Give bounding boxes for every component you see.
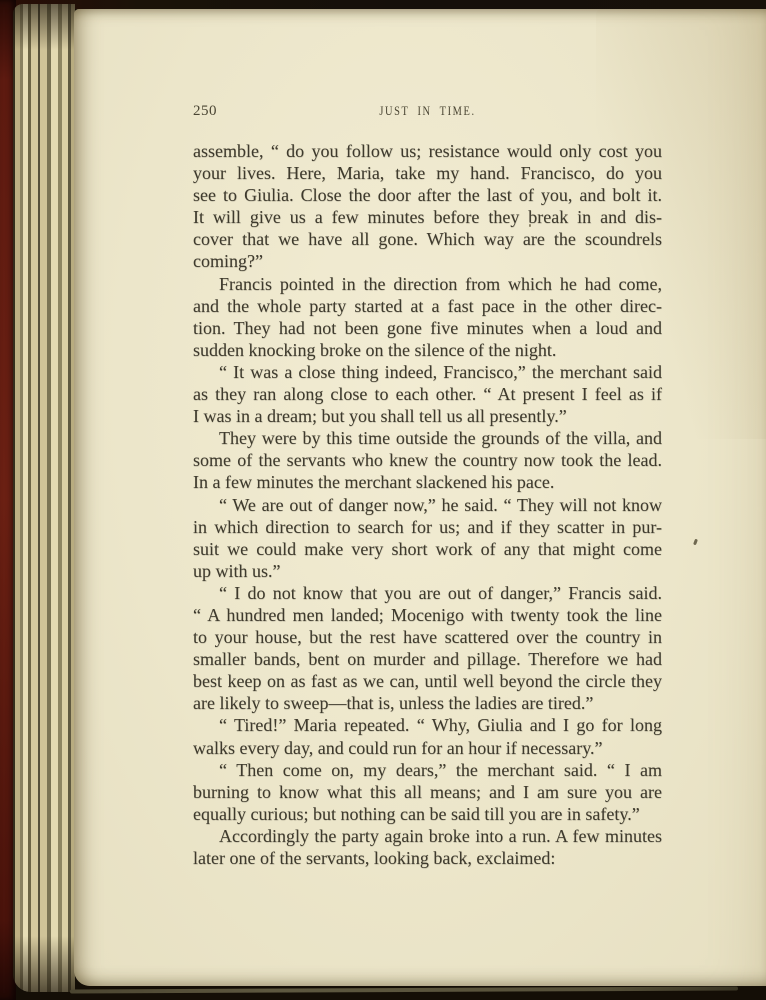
- text-line: assemble, “ do you follow us; resistance…: [193, 140, 662, 162]
- paper-speck: [529, 224, 531, 227]
- text-line: to your house, but the rest have scatter…: [193, 626, 662, 648]
- text-line: some of the servants who knew the countr…: [193, 449, 662, 471]
- paragraph: “ It was a close thing indeed, Francisco…: [193, 361, 662, 427]
- page-number: 250: [193, 103, 217, 120]
- text-line: “ We are out of danger now,” he said. “ …: [193, 494, 662, 516]
- page-text: assemble, “ do you follow us; resistance…: [193, 140, 662, 869]
- paragraph: “ Then come on, my dears,” the merchant …: [193, 759, 662, 825]
- paper-speck: [693, 539, 698, 546]
- text-line: see to Giulia. Close the door after the …: [193, 184, 662, 206]
- page-content: 250 JUST IN TIME. assemble, “ do you fol…: [193, 103, 662, 869]
- text-line: Francis pointed in the direction from wh…: [193, 273, 662, 295]
- bottom-page-edge: [70, 987, 738, 994]
- text-line: In a few minutes the merchant slackened …: [193, 471, 662, 493]
- page-header: 250 JUST IN TIME.: [193, 103, 662, 120]
- paragraph: “ Tired!” Maria repeated. “ Why, Giulia …: [193, 714, 662, 758]
- text-line: in which direction to search for us; and…: [193, 516, 662, 538]
- book-photograph: 250 JUST IN TIME. assemble, “ do you fol…: [0, 0, 766, 1000]
- text-line: later one of the servants, looking back,…: [193, 847, 662, 869]
- text-line: tion. They had not been gone five minute…: [193, 317, 662, 339]
- text-line: coming?”: [193, 250, 662, 272]
- paragraph: Accordingly the party again broke into a…: [193, 825, 662, 869]
- text-line: “ I do not know that you are out of dang…: [193, 582, 662, 604]
- text-line: It will give us a few minutes before the…: [193, 206, 662, 228]
- paragraph: “ We are out of danger now,” he said. “ …: [193, 494, 662, 582]
- text-line: and the whole party started at a fast pa…: [193, 295, 662, 317]
- text-line: walks every day, and could run for an ho…: [193, 737, 662, 759]
- text-line: Accordingly the party again broke into a…: [193, 825, 662, 847]
- stacked-page-edges: [13, 4, 75, 992]
- paragraph: Francis pointed in the direction from wh…: [193, 273, 662, 361]
- text-line: They were by this time outside the groun…: [193, 427, 662, 449]
- photo-top-border: [0, 0, 766, 9]
- text-line: your lives. Here, Maria, take my hand. F…: [193, 162, 662, 184]
- text-line: sudden knocking broke on the silence of …: [193, 339, 662, 361]
- text-line: as they ran along close to each other. “…: [193, 383, 662, 405]
- text-line: up with us.”: [193, 560, 662, 582]
- text-line: “ A hundred men landed; Mocenigo with tw…: [193, 604, 662, 626]
- text-line: cover that we have all gone. Which way a…: [193, 228, 662, 250]
- text-line: “ Then come on, my dears,” the merchant …: [193, 759, 662, 781]
- paragraph: assemble, “ do you follow us; resistance…: [193, 140, 662, 273]
- text-line: burning to know what this all means; and…: [193, 781, 662, 803]
- text-line: equally curious; but nothing can be said…: [193, 803, 662, 825]
- text-line: “ Tired!” Maria repeated. “ Why, Giulia …: [193, 714, 662, 736]
- text-line: “ It was a close thing indeed, Francisco…: [193, 361, 662, 383]
- text-line: are likely to sweep—that is, unless the …: [193, 692, 662, 714]
- paragraph: They were by this time outside the groun…: [193, 427, 662, 493]
- running-title: JUST IN TIME.: [240, 103, 615, 119]
- book-page: 250 JUST IN TIME. assemble, “ do you fol…: [74, 9, 766, 986]
- text-line: smaller bands, bent on murder and pillag…: [193, 648, 662, 670]
- text-line: best keep on as fast as we can, until we…: [193, 670, 662, 692]
- paragraph: “ I do not know that you are out of dang…: [193, 582, 662, 715]
- text-line: I was in a dream; but you shall tell us …: [193, 405, 662, 427]
- text-line: suit we could make very short work of an…: [193, 538, 662, 560]
